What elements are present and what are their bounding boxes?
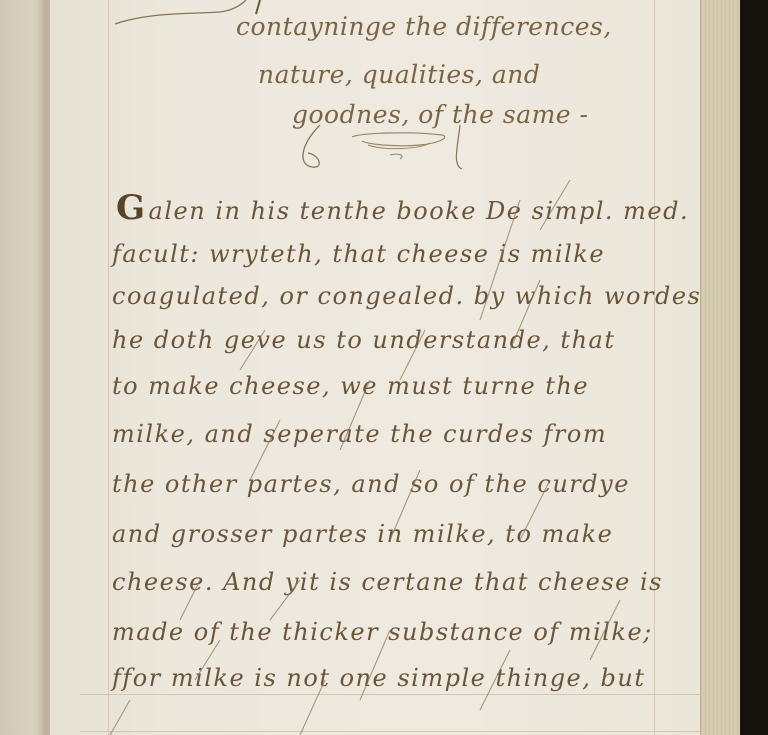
heading-line-2: nature, qualities, and bbox=[258, 60, 540, 89]
page-block-edge bbox=[700, 0, 741, 735]
manuscript-scan: contayninge the differences, nature, qua… bbox=[0, 0, 768, 735]
background-surround bbox=[740, 0, 768, 735]
descender-strokes bbox=[100, 180, 660, 735]
heading-swirl-ornament bbox=[290, 125, 490, 185]
heading-line-1: contayninge the differences, bbox=[236, 12, 612, 41]
